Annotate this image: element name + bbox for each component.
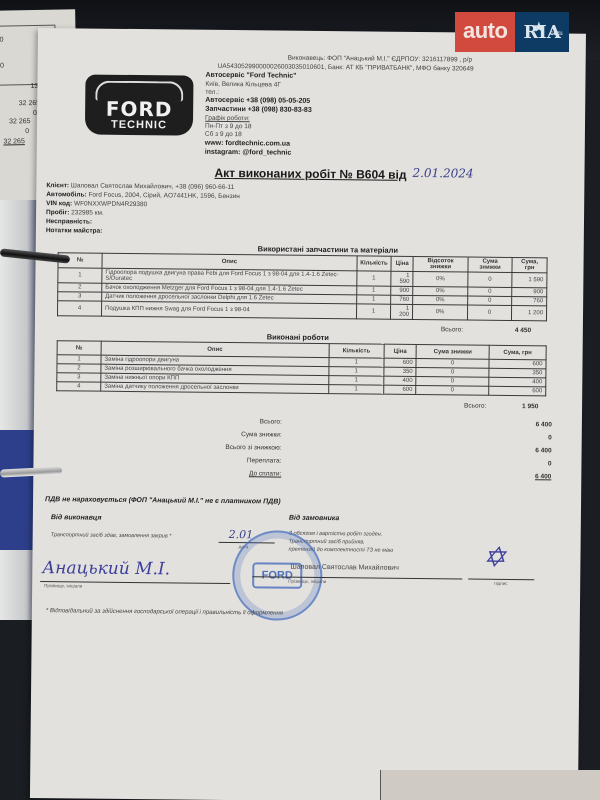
parts-cell: 1 590 bbox=[512, 272, 547, 287]
parts-cell: 1 200 bbox=[391, 304, 413, 319]
client-info: Клієнт: Шаповал Святослав Михайлович, +3… bbox=[46, 182, 234, 191]
parts-cell: 1 bbox=[357, 271, 392, 286]
parts-cell: Подушка КПП нижня Swag для Ford Focus 1 … bbox=[101, 301, 356, 319]
parts-header-cell: Сума, грн bbox=[512, 257, 547, 272]
from-customer-heading: Від замовника bbox=[289, 515, 340, 523]
works-header-cell: Сума знижки bbox=[416, 344, 489, 359]
works-cell: 400 bbox=[384, 376, 416, 385]
works-cell: 1 bbox=[328, 385, 384, 395]
autoria-ria-badge: ★ RIA .com bbox=[515, 12, 568, 52]
parts-section-title: Використані запчастини та матеріали bbox=[258, 244, 398, 254]
summary-value: 6 400 bbox=[535, 447, 551, 454]
summary-value: 6 400 bbox=[535, 473, 551, 480]
works-header-cell: Ціна bbox=[384, 344, 416, 358]
parts-cell: 0% bbox=[413, 304, 468, 320]
parts-cell: 2 bbox=[58, 283, 102, 292]
works-total-label: Всього: bbox=[464, 402, 486, 409]
parts-header-cell: Відсоток знижки bbox=[413, 256, 468, 272]
summary-value: 0 bbox=[548, 460, 552, 467]
vat-note: ПДВ не нараховується (ФОП "Анацький М.І.… bbox=[45, 496, 281, 505]
summary-value: 0 bbox=[548, 434, 552, 441]
summary-label: Переплата: bbox=[247, 457, 282, 464]
parts-cell: 0 bbox=[467, 305, 511, 320]
parts-table: №ОписКількістьЦінаВідсоток знижкиСума зн… bbox=[57, 252, 548, 321]
signature-caption: підпис bbox=[494, 581, 507, 586]
instagram: instagram: @ford_technic bbox=[205, 149, 292, 157]
works-cell: 600 bbox=[489, 386, 546, 396]
parts-cell: 1 200 bbox=[512, 305, 547, 320]
works-cell: 350 bbox=[384, 367, 416, 376]
parts-cell: 900 bbox=[512, 287, 547, 296]
autoria-watermark: auto ★ RIA .com bbox=[455, 12, 569, 52]
works-cell: 1 bbox=[57, 355, 101, 364]
fault-label: Несправність: bbox=[46, 218, 92, 225]
parts-cell: 1 bbox=[356, 304, 391, 319]
parts-total-label: Всього: bbox=[441, 326, 463, 333]
schedule-label: Графік роботи: bbox=[205, 115, 250, 122]
parts-cell: 1 590 bbox=[391, 271, 413, 286]
customer-signature: ✡ bbox=[482, 541, 506, 574]
company-stamp: FORD bbox=[232, 530, 323, 621]
company-name: Автосервіс "Ford Technic" bbox=[205, 72, 296, 80]
works-cell: 0 bbox=[416, 385, 489, 395]
parts-cell: 0 bbox=[468, 296, 512, 305]
parts-cell: 4 bbox=[57, 301, 101, 316]
phone-service: Автосервіс +38 (098) 05-05-205 bbox=[205, 97, 310, 105]
parts-cell: 3 bbox=[58, 292, 102, 301]
website: www: fordtechnic.com.ua bbox=[205, 140, 290, 148]
summary-label: До сплати: bbox=[249, 470, 281, 477]
summary-value: 6 400 bbox=[536, 421, 552, 428]
parts-header-cell: Ціна bbox=[391, 256, 413, 271]
works-cell: 2 bbox=[57, 364, 101, 373]
parts-cell: 0 bbox=[468, 287, 512, 296]
underlying-sheet-edge bbox=[380, 770, 600, 800]
parts-cell: 760 bbox=[512, 296, 547, 305]
parts-cell: 0 bbox=[468, 272, 512, 287]
vin-info: VIN код: WF0NXXWPDN4R29380 bbox=[46, 200, 147, 208]
summary-label: Всього: bbox=[260, 418, 282, 425]
parts-cell: 1 bbox=[356, 295, 391, 304]
document-date-handwritten: 2.01.2024 bbox=[412, 166, 473, 181]
tel-label: тел.: bbox=[205, 89, 219, 96]
executor-line: Виконавець: ФОП "Анацький М.І." ЄДРПОУ: … bbox=[288, 55, 472, 64]
bank-account: UA543052990000026003035010601, Банк: АТ … bbox=[218, 63, 474, 73]
works-cell: 4 bbox=[57, 382, 101, 391]
parts-cell: 1 bbox=[58, 268, 102, 283]
works-header-cell: Сума, грн bbox=[489, 345, 546, 360]
customer-name: Шаповал Святослав Михайлович bbox=[290, 564, 399, 572]
schedule-saturday: Сб з 9 до 18 bbox=[205, 131, 242, 138]
document-title: Акт виконаних робіт № B604 від bbox=[214, 166, 406, 182]
parts-cell: 0% bbox=[413, 271, 468, 287]
works-section-title: Виконані роботи bbox=[267, 332, 329, 342]
customer-name-caption: Прізвище, ініціали bbox=[288, 579, 326, 584]
executor-signature: Анацький М.І. bbox=[42, 558, 170, 579]
schedule-weekdays: Пн-Пт з 9 до 18 bbox=[205, 123, 252, 130]
works-header-cell: № bbox=[57, 341, 101, 355]
car-info: Автомобіль: Ford Focus, 2004, Сірий, AO7… bbox=[46, 191, 240, 200]
parts-header-cell: Кількість bbox=[357, 256, 392, 271]
works-header-cell: Кількість bbox=[329, 344, 385, 359]
parts-header-cell: Сума знижки bbox=[468, 257, 512, 272]
star-icon: ★ bbox=[533, 10, 544, 44]
works-cell: 600 bbox=[384, 358, 416, 367]
mileage-info: Пробіг: 232985 км. bbox=[46, 209, 104, 217]
ford-technic-logo: FORD TECHNIC bbox=[85, 75, 194, 136]
parts-total-value: 4 450 bbox=[515, 327, 531, 334]
customer-statement-1: З обсягом і вартістю робіт згоден. bbox=[289, 531, 383, 538]
executor-statement: Транспортний засіб здав, замовлення закр… bbox=[51, 532, 172, 539]
company-address: Київ, Велика Кільцева 4Г bbox=[205, 81, 281, 89]
parts-cell: 900 bbox=[391, 286, 413, 295]
works-cell: 3 bbox=[57, 373, 101, 382]
works-cell: 600 bbox=[384, 385, 416, 394]
summary-label: Сума знижки: bbox=[241, 431, 282, 438]
summary-label: Всього зі знижкою: bbox=[225, 444, 281, 452]
footnote: * Відповідальний за здійснення господарс… bbox=[46, 608, 283, 616]
executor-name-caption: Прізвище, ініціали bbox=[44, 583, 82, 588]
parts-cell: 760 bbox=[391, 295, 413, 304]
master-notes-label: Нотатки майстра: bbox=[46, 227, 102, 235]
works-cell: Заміна датчику положення дросельної засл… bbox=[101, 382, 329, 393]
parts-cell: 1 bbox=[356, 286, 391, 295]
works-total-value: 1 950 bbox=[522, 403, 538, 410]
from-executor-heading: Від виконавця bbox=[51, 514, 102, 522]
phone-parts: Запчастини +38 (098) 830-83-83 bbox=[205, 106, 312, 114]
act-of-completed-works-document: FORD TECHNIC Виконавець: ФОП "Анацький М… bbox=[30, 28, 586, 800]
works-table: №ОписКількістьЦінаСума знижкиСума, грн 1… bbox=[56, 340, 547, 396]
